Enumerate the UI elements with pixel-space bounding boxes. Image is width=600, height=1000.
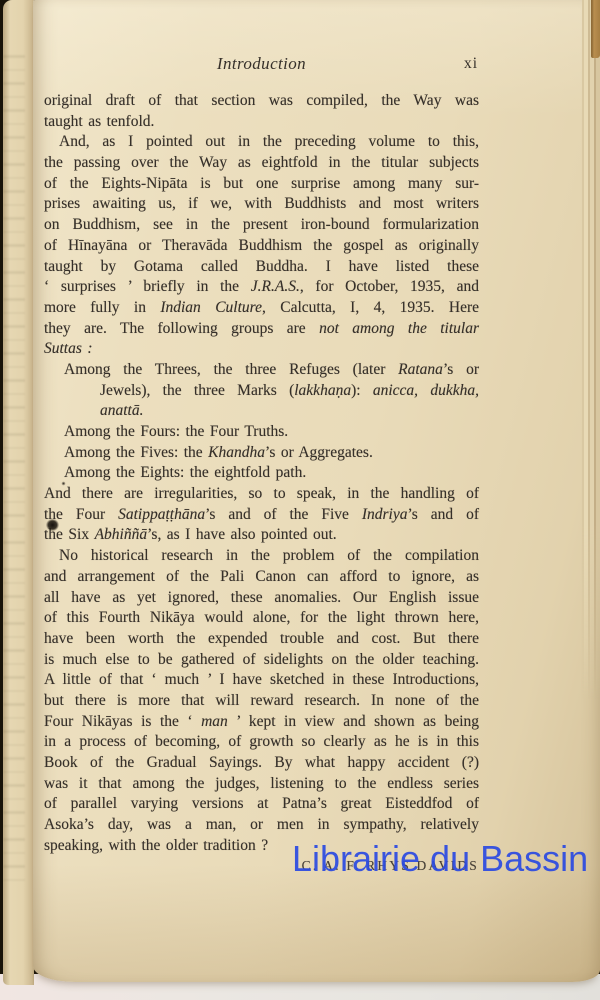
text-line: Among the Threes, the three Refuges (lat… [44, 360, 479, 381]
text-block: original draft of that section was compi… [44, 91, 479, 856]
text-line: Among the Fours: the Four Truths. [44, 422, 479, 443]
text-line: original draft of that section was compi… [44, 91, 479, 112]
text-line: was it that among the judges, listening … [44, 774, 479, 795]
text-line: the passing over the Way as eightfold in… [44, 153, 479, 174]
text-line: prises awaiting us, if we, with Buddhist… [44, 194, 479, 215]
text-line: of Hīnayāna or Theravāda Buddhism the go… [44, 236, 479, 257]
text-line: is much else to be gathered of sidelight… [44, 650, 479, 671]
text-line: Among the Fives: the Khandha’s or Aggreg… [44, 443, 479, 464]
text-line: No historical research in the problem of… [44, 546, 479, 567]
ghost-text-previous-page [3, 55, 25, 885]
text-line: taught as tenfold. [44, 112, 479, 133]
text-line: ‘ surprises ’ briefly in the J.R.A.S., f… [44, 277, 479, 298]
text-line: the Six Abhiññā’s, as I have also pointe… [44, 525, 479, 546]
page-number: xi [464, 55, 478, 73]
text-line: And, as I pointed out in the preceding v… [44, 132, 479, 153]
bookseller-watermark: Librairie du Bassin [292, 838, 588, 880]
book-cover-edge [591, 0, 600, 58]
book-page: Introduction xi original draft of that s… [33, 0, 600, 982]
text-line: Book of the Gradual Sayings. By what hap… [44, 753, 479, 774]
page-edges-stack [582, 0, 600, 700]
text-line: of the Eights-Nipāta is but one surprise… [44, 174, 479, 195]
text-line: taught by Gotama called Buddha. I have l… [44, 257, 479, 278]
text-line: of this Fourth Nikāya would alone, for t… [44, 608, 479, 629]
book-photo: Introduction xi original draft of that s… [0, 0, 600, 1000]
text-line: all have as yet ignored, these anomalies… [44, 588, 479, 609]
text-line: the Four Satippaṭṭhāna’s and of the Five… [44, 505, 479, 526]
text-line: Four Nikāyas is the ‘ man ’ kept in view… [44, 712, 479, 733]
ink-speck [61, 481, 66, 486]
text-line: Among the Eights: the eightfold path. [44, 463, 479, 484]
text-line: on Buddhism, see in the present iron-bou… [44, 215, 479, 236]
text-line: of parallel varying versions at Patna’s … [44, 794, 479, 815]
text-line: And there are irregularities, so to spea… [44, 484, 479, 505]
running-title: Introduction [44, 54, 479, 74]
page-header: Introduction xi [44, 54, 479, 78]
text-line: in a process of becoming, of growth so c… [44, 732, 479, 753]
text-line: A little of that ‘ much ’ I have sketche… [44, 670, 479, 691]
text-line: they are. The following groups are not a… [44, 319, 479, 340]
text-line: Jewels), the three Marks (lakkhaṇa): ani… [44, 381, 479, 402]
text-line: Asoka’s day, was a man, or men in sympat… [44, 815, 479, 836]
text-line: Suttas : [44, 339, 479, 360]
text-line: anattā. [44, 401, 479, 422]
text-line: but there is more that will reward resea… [44, 691, 479, 712]
text-line: more fully in Indian Culture, Calcutta, … [44, 298, 479, 319]
text-line: have been worth the expended trouble and… [44, 629, 479, 650]
text-line: and arrangement of the Pali Canon can af… [44, 567, 479, 588]
